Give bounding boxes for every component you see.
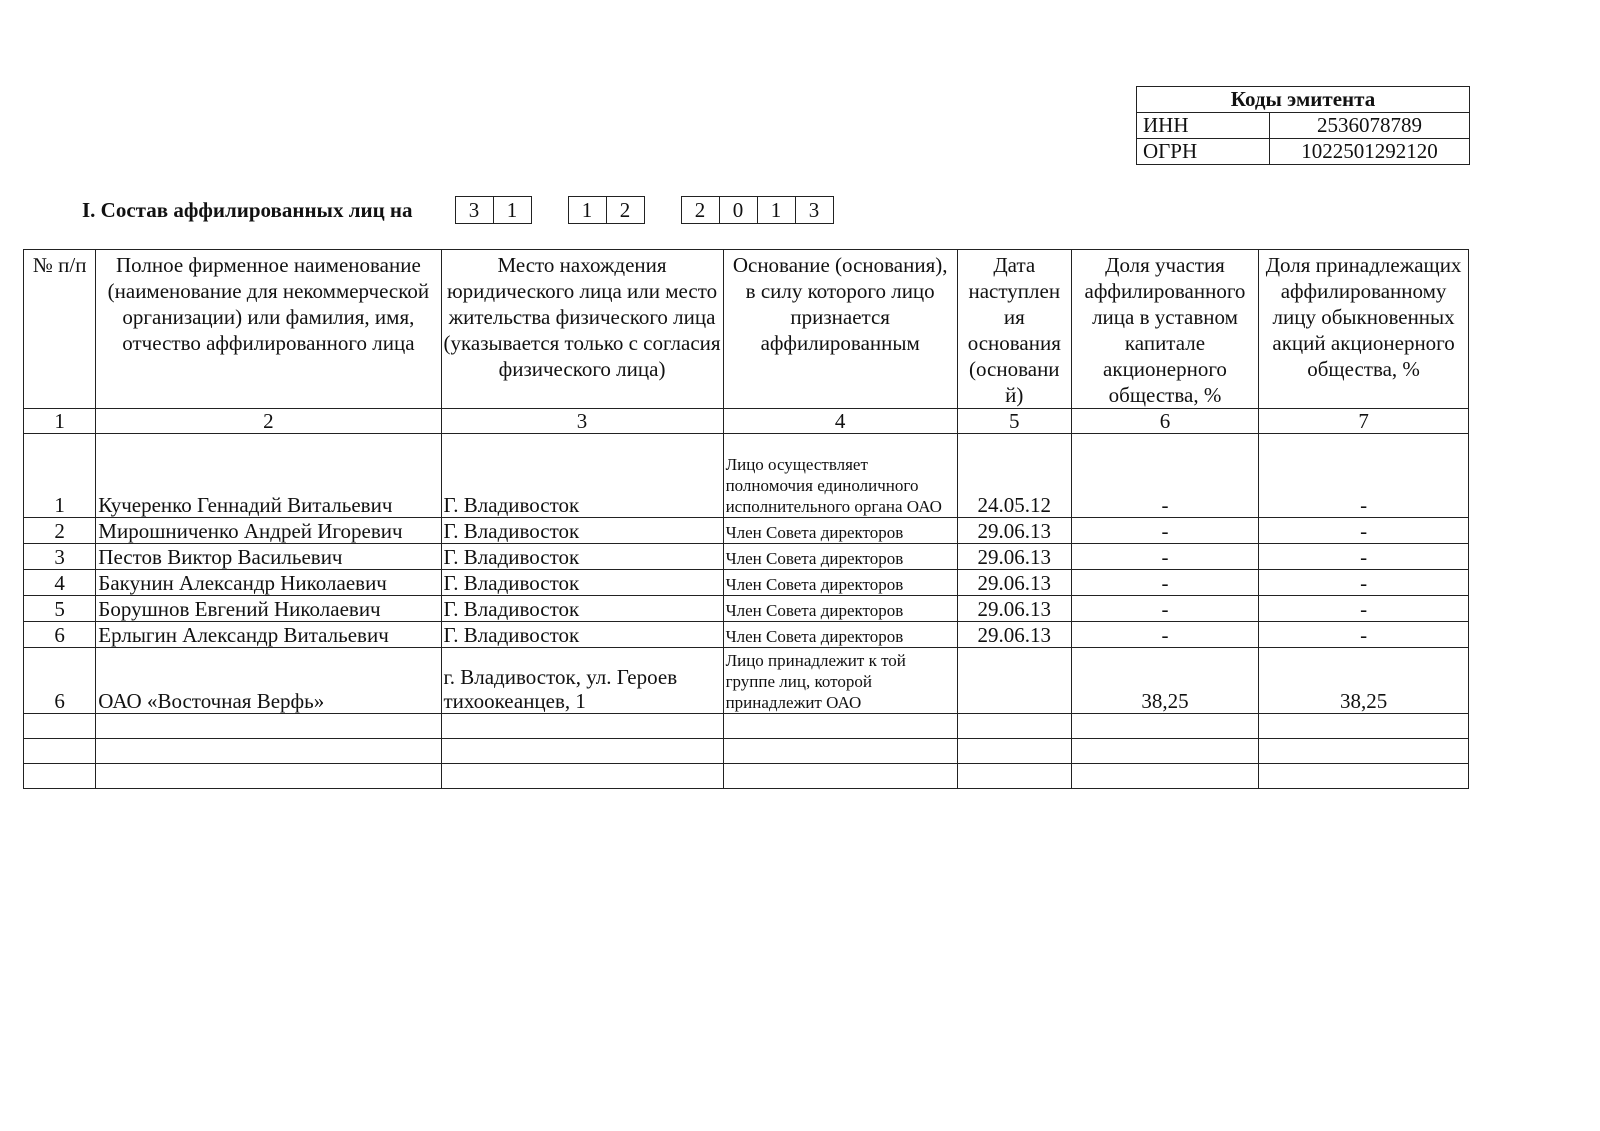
affiliate-place: Г. Владивосток: [441, 434, 723, 518]
section-heading: I. Состав аффилированных лиц на 3 1 1 2 …: [82, 196, 870, 224]
affiliation-basis: Член Совета директоров: [723, 596, 957, 622]
affiliate-place: Г. Владивосток: [441, 518, 723, 544]
empty-cell: [1071, 739, 1258, 764]
table-row: 4Бакунин Александр НиколаевичГ. Владивос…: [24, 570, 1469, 596]
empty-cell: [723, 739, 957, 764]
share-stock: -: [1259, 570, 1469, 596]
column-number: 6: [1071, 409, 1258, 434]
basis-date: 29.06.13: [957, 622, 1071, 648]
affiliate-place: Г. Владивосток: [441, 544, 723, 570]
share-capital: 38,25: [1071, 648, 1258, 714]
empty-cell: [1071, 714, 1258, 739]
affiliates-table: № п/п Полное фирменное наименование (наи…: [23, 249, 1469, 789]
header-row: № п/п Полное фирменное наименование (наи…: [24, 250, 1469, 409]
col-header-share-stock: Доля принадлежащих аффилированному лицу …: [1259, 250, 1469, 409]
table-row: 1Кучеренко Геннадий ВитальевичГ. Владиво…: [24, 434, 1469, 518]
issuer-codes-title: Коды эмитента: [1137, 87, 1470, 113]
col-header-basis: Основание (основания), в силу которого л…: [723, 250, 957, 409]
share-stock: -: [1259, 622, 1469, 648]
share-stock: -: [1259, 596, 1469, 622]
share-capital: -: [1071, 570, 1258, 596]
empty-row: [24, 714, 1469, 739]
affiliation-basis: Член Совета директоров: [723, 544, 957, 570]
share-stock: -: [1259, 518, 1469, 544]
affiliate-name: Пестов Виктор Васильевич: [96, 544, 441, 570]
affiliate-place: Г. Владивосток: [441, 570, 723, 596]
date-year-box: 2 0 1 3: [681, 196, 834, 224]
date-digit: 1: [569, 197, 607, 223]
affiliate-place: Г. Владивосток: [441, 596, 723, 622]
share-capital: -: [1071, 596, 1258, 622]
column-number: 3: [441, 409, 723, 434]
empty-cell: [96, 714, 441, 739]
date-day-box: 3 1: [455, 196, 532, 224]
empty-cell: [96, 764, 441, 789]
share-stock: 38,25: [1259, 648, 1469, 714]
table-row: 2Мирошниченко Андрей ИгоревичГ. Владивос…: [24, 518, 1469, 544]
share-capital: -: [1071, 434, 1258, 518]
table-row: 3Пестов Виктор ВасильевичГ. ВладивостокЧ…: [24, 544, 1469, 570]
ogrn-label: ОГРН: [1137, 139, 1270, 165]
column-number-row: 1 2 3 4 5 6 7: [24, 409, 1469, 434]
share-capital: -: [1071, 544, 1258, 570]
date-digit: 0: [720, 197, 758, 223]
empty-row: [24, 739, 1469, 764]
col-header-date: Дата наступлен ия основания (основани й): [957, 250, 1071, 409]
affiliate-name: Борушнов Евгений Николаевич: [96, 596, 441, 622]
empty-cell: [1259, 739, 1469, 764]
column-number: 1: [24, 409, 96, 434]
share-stock: -: [1259, 544, 1469, 570]
column-number: 2: [96, 409, 441, 434]
affiliate-name: Ерлыгин Александр Витальевич: [96, 622, 441, 648]
empty-cell: [441, 739, 723, 764]
basis-date: 29.06.13: [957, 570, 1071, 596]
inn-value: 2536078789: [1270, 113, 1470, 139]
empty-cell: [24, 739, 96, 764]
col-header-name: Полное фирменное наименование (наименова…: [96, 250, 441, 409]
empty-cell: [24, 714, 96, 739]
affiliate-name: Бакунин Александр Николаевич: [96, 570, 441, 596]
issuer-codes-table: Коды эмитента ИНН 2536078789 ОГРН 102250…: [1136, 86, 1470, 165]
date-digit: 2: [682, 197, 720, 223]
affiliate-name: Кучеренко Геннадий Витальевич: [96, 434, 441, 518]
affiliation-basis: Лицо осуществляет полномочия единоличног…: [723, 434, 957, 518]
row-number: 5: [24, 596, 96, 622]
empty-cell: [1071, 764, 1258, 789]
empty-cell: [24, 764, 96, 789]
inn-label: ИНН: [1137, 113, 1270, 139]
col-header-place: Место нахождения юридического лица или м…: [441, 250, 723, 409]
date-digit: 1: [758, 197, 796, 223]
affiliate-place: г. Владивосток, ул. Героев тихоокеанцев,…: [441, 648, 723, 714]
basis-date: 29.06.13: [957, 518, 1071, 544]
row-number: 3: [24, 544, 96, 570]
date-digit: 3: [456, 197, 494, 223]
date-digit: 2: [607, 197, 644, 223]
empty-cell: [723, 714, 957, 739]
affiliation-basis: Член Совета директоров: [723, 570, 957, 596]
col-header-share-capital: Доля участия аффилированного лица в уста…: [1071, 250, 1258, 409]
date-digit: 3: [796, 197, 833, 223]
share-capital: -: [1071, 622, 1258, 648]
table-row: 6Ерлыгин Александр ВитальевичГ. Владивос…: [24, 622, 1469, 648]
empty-cell: [96, 739, 441, 764]
row-number: 6: [24, 622, 96, 648]
affiliation-basis: Член Совета директоров: [723, 622, 957, 648]
row-number: 2: [24, 518, 96, 544]
empty-row: [24, 764, 1469, 789]
column-number: 7: [1259, 409, 1469, 434]
empty-cell: [723, 764, 957, 789]
empty-cell: [441, 764, 723, 789]
affiliate-place: Г. Владивосток: [441, 622, 723, 648]
row-number: 6: [24, 648, 96, 714]
affiliate-name: Мирошниченко Андрей Игоревич: [96, 518, 441, 544]
column-number: 4: [723, 409, 957, 434]
empty-cell: [957, 714, 1071, 739]
basis-date: [957, 648, 1071, 714]
empty-cell: [1259, 714, 1469, 739]
column-number: 5: [957, 409, 1071, 434]
table-row: 5Борушнов Евгений НиколаевичГ. Владивост…: [24, 596, 1469, 622]
empty-cell: [957, 739, 1071, 764]
row-number: 1: [24, 434, 96, 518]
share-stock: -: [1259, 434, 1469, 518]
empty-cell: [957, 764, 1071, 789]
row-number: 4: [24, 570, 96, 596]
empty-cell: [441, 714, 723, 739]
basis-date: 29.06.13: [957, 596, 1071, 622]
share-capital: -: [1071, 518, 1258, 544]
col-header-number: № п/п: [24, 250, 96, 409]
date-month-box: 1 2: [568, 196, 645, 224]
affiliation-basis: Член Совета директоров: [723, 518, 957, 544]
section-title: I. Состав аффилированных лиц на: [82, 198, 413, 223]
empty-cell: [1259, 764, 1469, 789]
date-digit: 1: [494, 197, 531, 223]
basis-date: 29.06.13: [957, 544, 1071, 570]
affiliate-name: ОАО «Восточная Верфь»: [96, 648, 441, 714]
basis-date: 24.05.12: [957, 434, 1071, 518]
affiliation-basis: Лицо принадлежит к той группе лиц, котор…: [723, 648, 957, 714]
table-row: 6ОАО «Восточная Верфь»г. Владивосток, ул…: [24, 648, 1469, 714]
ogrn-value: 1022501292120: [1270, 139, 1470, 165]
